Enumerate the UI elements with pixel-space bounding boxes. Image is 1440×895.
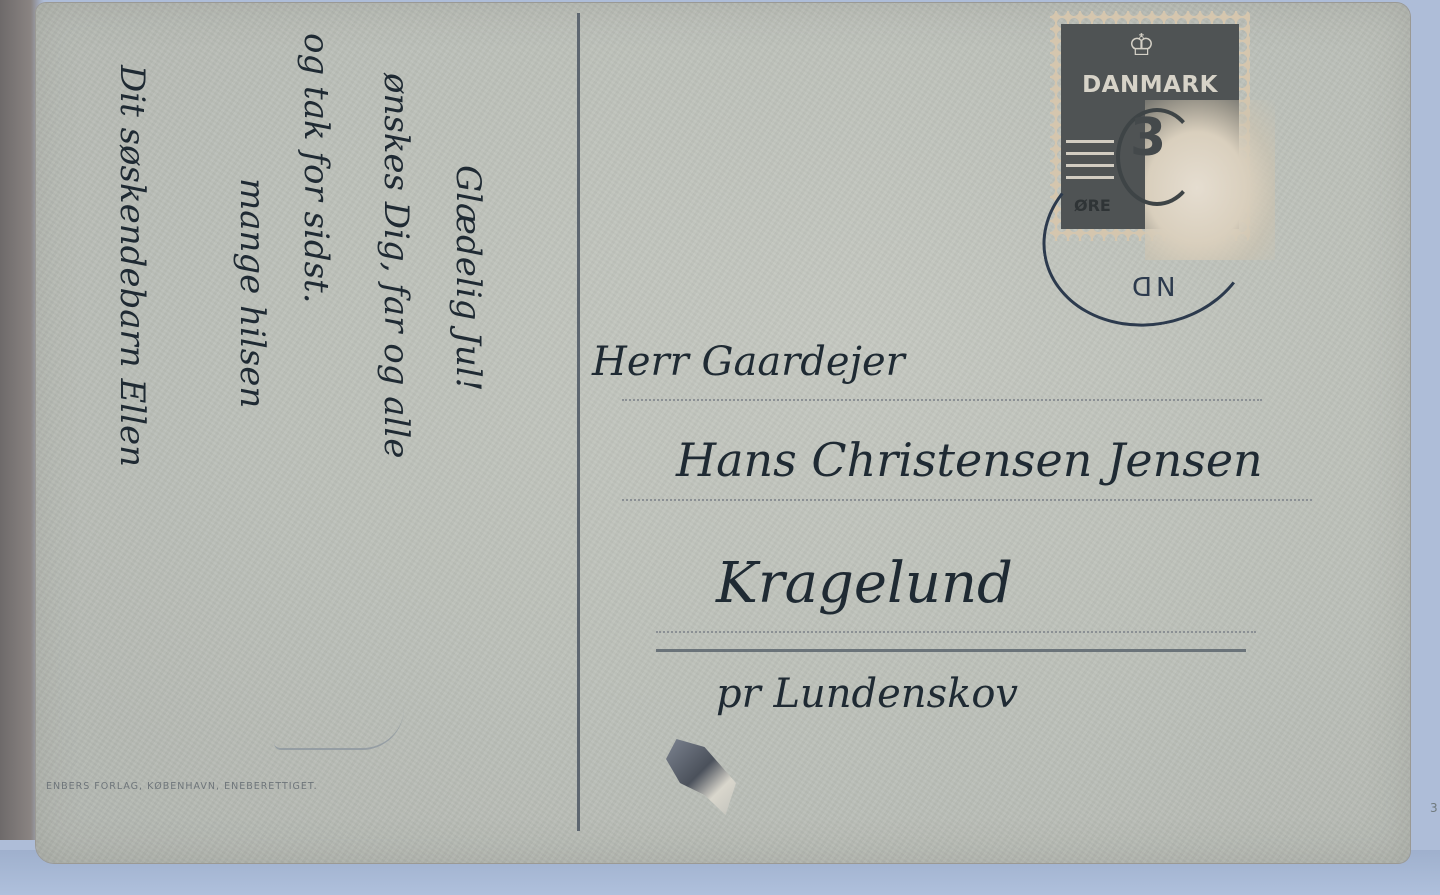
message-line: og tak for sidst. bbox=[296, 33, 336, 304]
address-line-text: Herr Gaardejer bbox=[592, 339, 905, 385]
corner-pencil-mark: 3 bbox=[1430, 801, 1438, 815]
postmark-text: ND bbox=[1128, 270, 1175, 300]
address-line-solid bbox=[656, 649, 1246, 652]
torn-paper-spot bbox=[666, 739, 736, 819]
pencil-scribble bbox=[274, 708, 404, 750]
address-line-text: Hans Christensen Jensen bbox=[676, 433, 1263, 487]
message-line: ønskes Dig, far og alle bbox=[376, 73, 416, 458]
center-divider bbox=[577, 13, 580, 831]
address-line-text: pr Lundenskov bbox=[716, 671, 1018, 717]
stamp-country: DANMARK bbox=[1068, 72, 1232, 98]
message-line: Glædelig Jul! bbox=[448, 165, 488, 391]
address-line bbox=[622, 399, 1262, 401]
message-line: Dit søskendebarn Ellen bbox=[112, 65, 152, 467]
address-line bbox=[656, 631, 1256, 633]
crown-icon: ♔ bbox=[1128, 28, 1155, 63]
address-line bbox=[622, 499, 1312, 501]
address-line-text: Kragelund bbox=[716, 551, 1013, 616]
message-line: mange hilsen bbox=[232, 178, 272, 408]
publisher-imprint: ENBERS FORLAG, KØBENHAVN, ENEBERETTIGET. bbox=[46, 781, 318, 792]
